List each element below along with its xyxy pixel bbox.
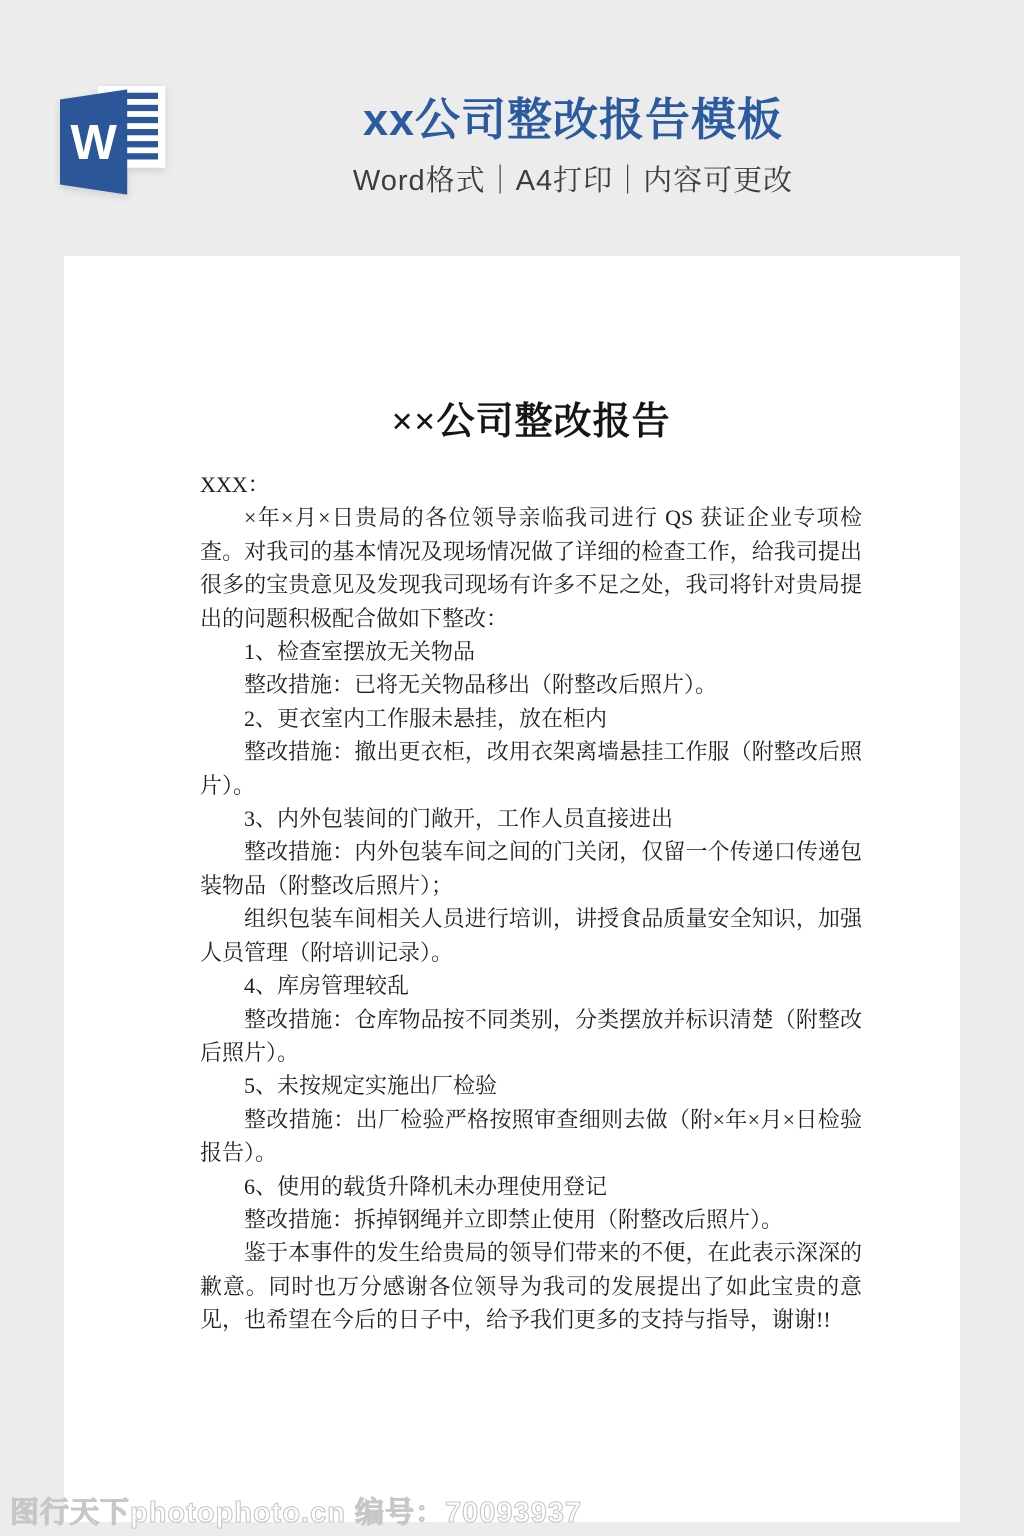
doc-paragraph: 整改措施：撤出更衣柜，改用衣架离墙悬挂工作服（附整改后照片）。 (200, 735, 862, 802)
template-title: xx公司整改报告模板 (122, 92, 1024, 148)
document-page: ××公司整改报告 XXX： ×年×月×日贵局的各位领导亲临我司进行 QS 获证企… (64, 256, 960, 1522)
document-content: ××公司整改报告 XXX： ×年×月×日贵局的各位领导亲临我司进行 QS 获证企… (64, 256, 960, 1337)
template-header: W xx公司整改报告模板 Word格式｜A4打印｜内容可更改 (0, 0, 1024, 256)
doc-paragraph: 5、未按规定实施出厂检验 (200, 1069, 862, 1102)
doc-paragraph: 整改措施：已将无关物品移出（附整改后照片）。 (200, 668, 862, 701)
word-icon-letter: W (70, 115, 117, 170)
header-text-block: xx公司整改报告模板 Word格式｜A4打印｜内容可更改 (122, 92, 1024, 199)
doc-paragraph: 3、内外包装间的门敞开，工作人员直接进出 (200, 802, 862, 835)
doc-paragraph: 鉴于本事件的发生给贵局的领导们带来的不便，在此表示深深的歉意。同时也万分感谢各位… (200, 1236, 862, 1336)
document-body: XXX： ×年×月×日贵局的各位领导亲临我司进行 QS 获证企业专项检查。对我司… (200, 468, 862, 1337)
doc-paragraph: 整改措施：仓库物品按不同类别，分类摆放并标识清楚（附整改后照片）。 (200, 1003, 862, 1070)
doc-paragraph: 2、更衣室内工作服未悬挂，放在柜内 (200, 702, 862, 735)
doc-salutation: XXX： (200, 468, 862, 501)
doc-paragraph: 整改措施：拆掉钢绳并立即禁止使用（附整改后照片）。 (200, 1203, 862, 1236)
doc-paragraph: 整改措施：内外包装车间之间的门关闭，仅留一个传递口传递包装物品（附整改后照片）； (200, 835, 862, 902)
document-title: ××公司整改报告 (200, 398, 862, 446)
doc-paragraph: 4、库房管理较乱 (200, 969, 862, 1002)
doc-paragraph: ×年×月×日贵局的各位领导亲临我司进行 QS 获证企业专项检查。对我司的基本情况… (200, 501, 862, 635)
template-subtitle: Word格式｜A4打印｜内容可更改 (122, 158, 1024, 199)
doc-paragraph: 1、检查室摆放无关物品 (200, 635, 862, 668)
doc-paragraph: 6、使用的载货升降机未办理使用登记 (200, 1170, 862, 1203)
site-watermark: 图行天下photophoto.cn 编号：70093937 (10, 1490, 582, 1531)
doc-paragraph: 组织包装车间相关人员进行培训，讲授食品质量安全知识，加强人员管理（附培训记录）。 (200, 902, 862, 969)
doc-paragraph: 整改措施：出厂检验严格按照审查细则去做（附×年×月×日检验报告）。 (200, 1103, 862, 1170)
